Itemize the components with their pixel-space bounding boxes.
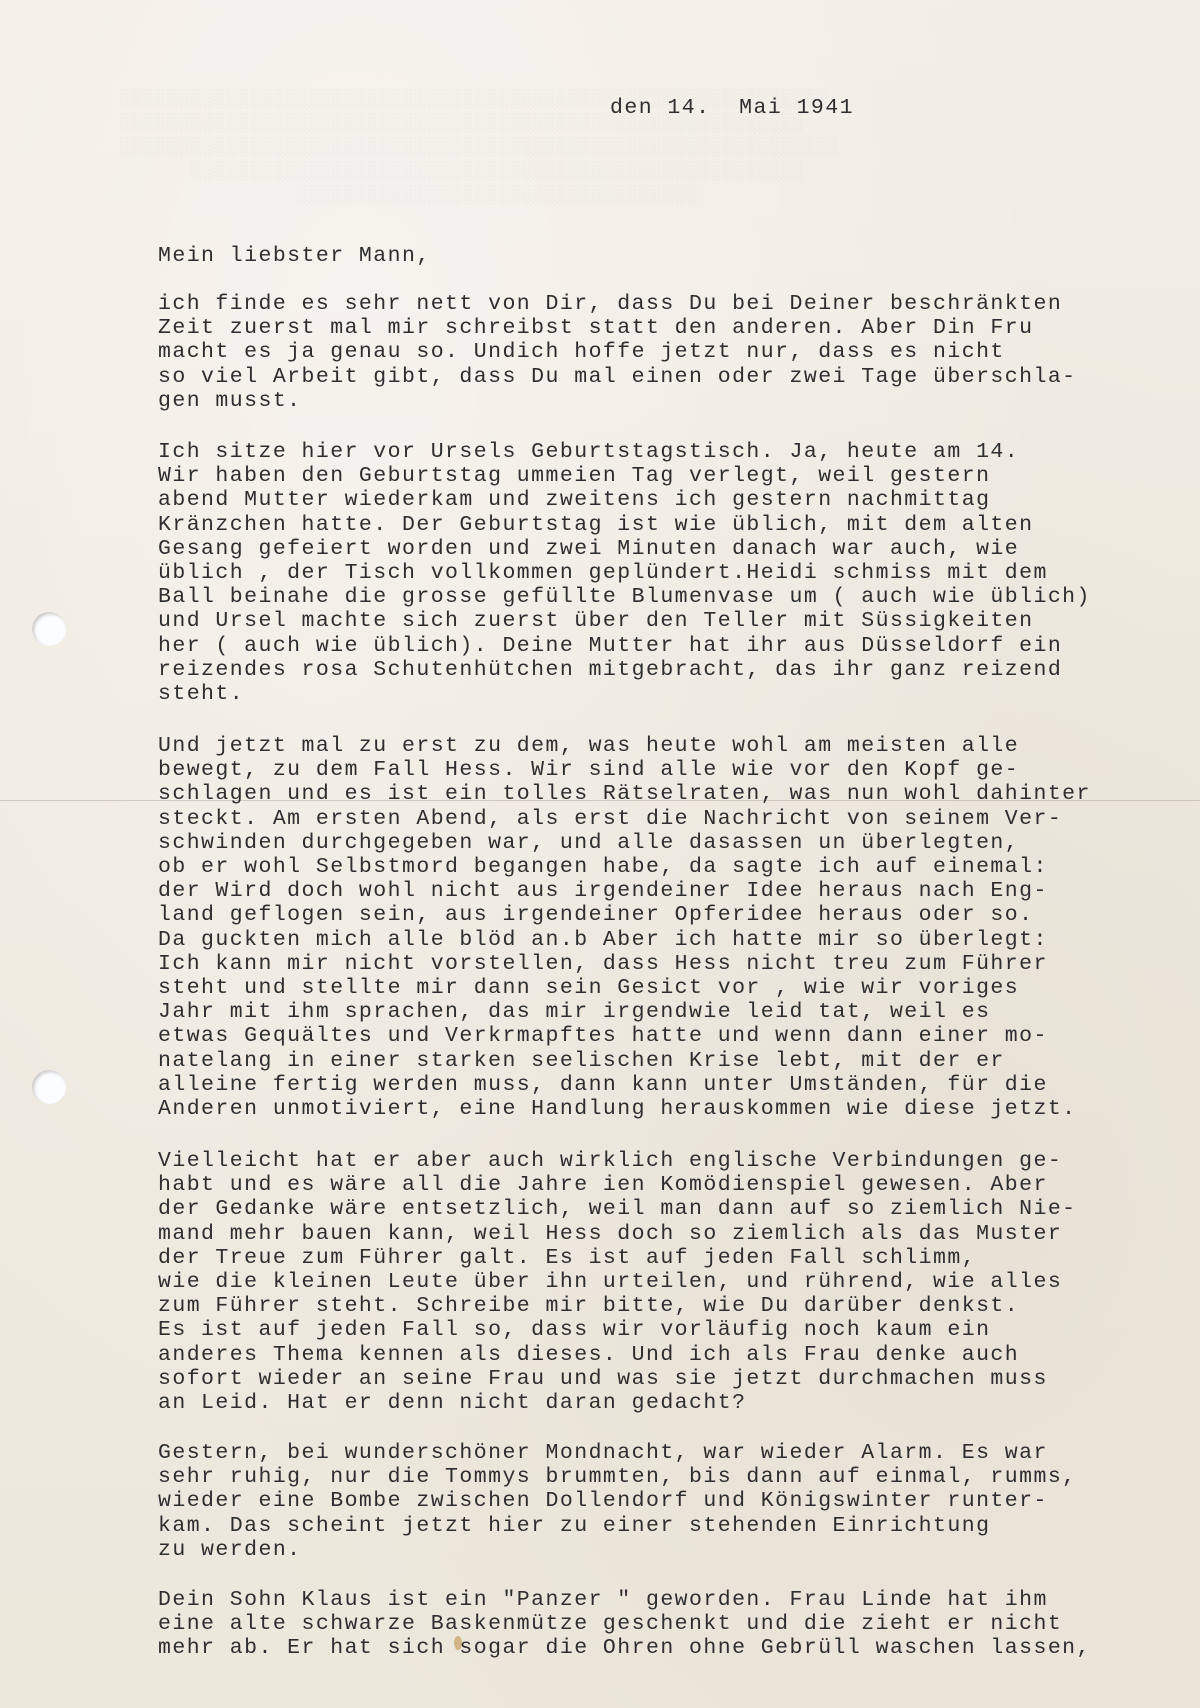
text-line: mehr ab. Er hat sich sogar die Ohren ohn… — [158, 1636, 1091, 1660]
text-line: der Wird doch wohl nicht aus irgendeiner… — [158, 879, 1091, 903]
text-line: Dein Sohn Klaus ist ein "Panzer " geword… — [158, 1588, 1091, 1612]
text-line: Ich kann mir nicht vorstellen, dass Hess… — [158, 952, 1091, 976]
text-line: und Ursel machte sich zuerst über den Te… — [158, 609, 1091, 633]
text-line: ich finde es sehr nett von Dir, dass Du … — [158, 292, 1077, 316]
text-line: wieder eine Bombe zwischen Dollendorf un… — [158, 1489, 1077, 1513]
text-line: macht es ja genau so. Undich hoffe jetzt… — [158, 340, 1077, 364]
text-line: wie die kleinen Leute über ihn urteilen,… — [158, 1270, 1077, 1294]
text-line: alleine fertig werden muss, dann kann un… — [158, 1073, 1091, 1097]
text-line: her ( auch wie üblich). Deine Mutter hat… — [158, 634, 1091, 658]
text-line: steht und stellte mir dann sein Gesict v… — [158, 976, 1091, 1000]
text-line: Jahr mit ihm sprachen, das mir irgendwie… — [158, 1000, 1091, 1024]
text-line: der Treue zum Führer galt. Es ist auf je… — [158, 1246, 1077, 1270]
text-line: bewegt, zu dem Fall Hess. Wir sind alle … — [158, 758, 1091, 782]
text-line: Ich sitze hier vor Ursels Geburtstagstis… — [158, 440, 1091, 464]
ink-stain — [454, 1636, 462, 1650]
paragraph-2: Ich sitze hier vor Ursels Geburtstagstis… — [158, 440, 1091, 706]
text-line: reizendes rosa Schutenhütchen mitgebrach… — [158, 658, 1091, 682]
paragraph-1: ich finde es sehr nett von Dir, dass Du … — [158, 292, 1077, 413]
text-line: Gesang gefeiert worden und zwei Minuten … — [158, 537, 1091, 561]
text-line: land geflogen sein, aus irgendeiner Opfe… — [158, 903, 1091, 927]
text-line: gen musst. — [158, 389, 1077, 413]
text-line: habt und es wäre all die Jahre ien Komöd… — [158, 1173, 1077, 1197]
text-line: schwinden durchgegeben war, und alle das… — [158, 831, 1091, 855]
text-line: Vielleicht hat er aber auch wirklich eng… — [158, 1149, 1077, 1173]
paragraph-3: Und jetzt mal zu erst zu dem, was heute … — [158, 734, 1091, 1121]
text-line: ob er wohl Selbstmord begangen habe, da … — [158, 855, 1091, 879]
paragraph-6: Dein Sohn Klaus ist ein "Panzer " geword… — [158, 1588, 1091, 1661]
text-line: Gestern, bei wunderschöner Mondnacht, wa… — [158, 1441, 1077, 1465]
paragraph-5: Gestern, bei wunderschöner Mondnacht, wa… — [158, 1441, 1077, 1562]
text-line: an Leid. Hat er denn nicht daran gedacht… — [158, 1391, 1077, 1415]
text-line: Und jetzt mal zu erst zu dem, was heute … — [158, 734, 1091, 758]
text-line: zum Führer steht. Schreibe mir bitte, wi… — [158, 1294, 1077, 1318]
text-line: etwas Gequältes und Verkrmapftes hatte u… — [158, 1024, 1091, 1048]
text-line: anderes Thema kennen als dieses. Und ich… — [158, 1343, 1077, 1367]
text-line: sofort wieder an seine Frau und was sie … — [158, 1367, 1077, 1391]
text-line: Da guckten mich alle blöd an.b Aber ich … — [158, 928, 1091, 952]
text-line: üblich , der Tisch vollkommen geplündert… — [158, 561, 1091, 585]
text-line: natelang in einer starken seelischen Kri… — [158, 1049, 1091, 1073]
text-line: der Gedanke wäre entsetzlich, weil man d… — [158, 1197, 1077, 1221]
paragraph-4: Vielleicht hat er aber auch wirklich eng… — [158, 1149, 1077, 1415]
text-line: so viel Arbeit gibt, dass Du mal einen o… — [158, 365, 1077, 389]
text-line: schlagen und es ist ein tolles Rätselrat… — [158, 782, 1091, 806]
text-line: abend Mutter wiederkam und zweitens ich … — [158, 488, 1091, 512]
text-line: mand mehr bauen kann, weil Hess doch so … — [158, 1222, 1077, 1246]
text-line: sehr ruhig, nur die Tommys brummten, bis… — [158, 1465, 1077, 1489]
text-line: steckt. Am ersten Abend, als erst die Na… — [158, 807, 1091, 831]
text-line: eine alte schwarze Baskenmütze geschenkt… — [158, 1612, 1091, 1636]
text-line: Ball beinahe die grosse gefüllte Blumenv… — [158, 585, 1091, 609]
text-line: kam. Das scheint jetzt hier zu einer ste… — [158, 1514, 1077, 1538]
text-line: Anderen unmotiviert, eine Handlung herau… — [158, 1097, 1091, 1121]
letter-date: den 14. Mai 1941 — [610, 96, 854, 120]
punch-hole — [32, 1070, 66, 1104]
letter-salutation: Mein liebster Mann, — [158, 244, 431, 268]
text-line: steht. — [158, 682, 1091, 706]
text-line: Kränzchen hatte. Der Geburtstag ist wie … — [158, 513, 1091, 537]
text-line: zu werden. — [158, 1538, 1077, 1562]
text-line: Wir haben den Geburtstag ummeien Tag ver… — [158, 464, 1091, 488]
text-line: Zeit zuerst mal mir schreibst statt den … — [158, 316, 1077, 340]
punch-hole — [32, 612, 66, 646]
text-line: Es ist auf jeden Fall so, dass wir vorlä… — [158, 1318, 1077, 1342]
